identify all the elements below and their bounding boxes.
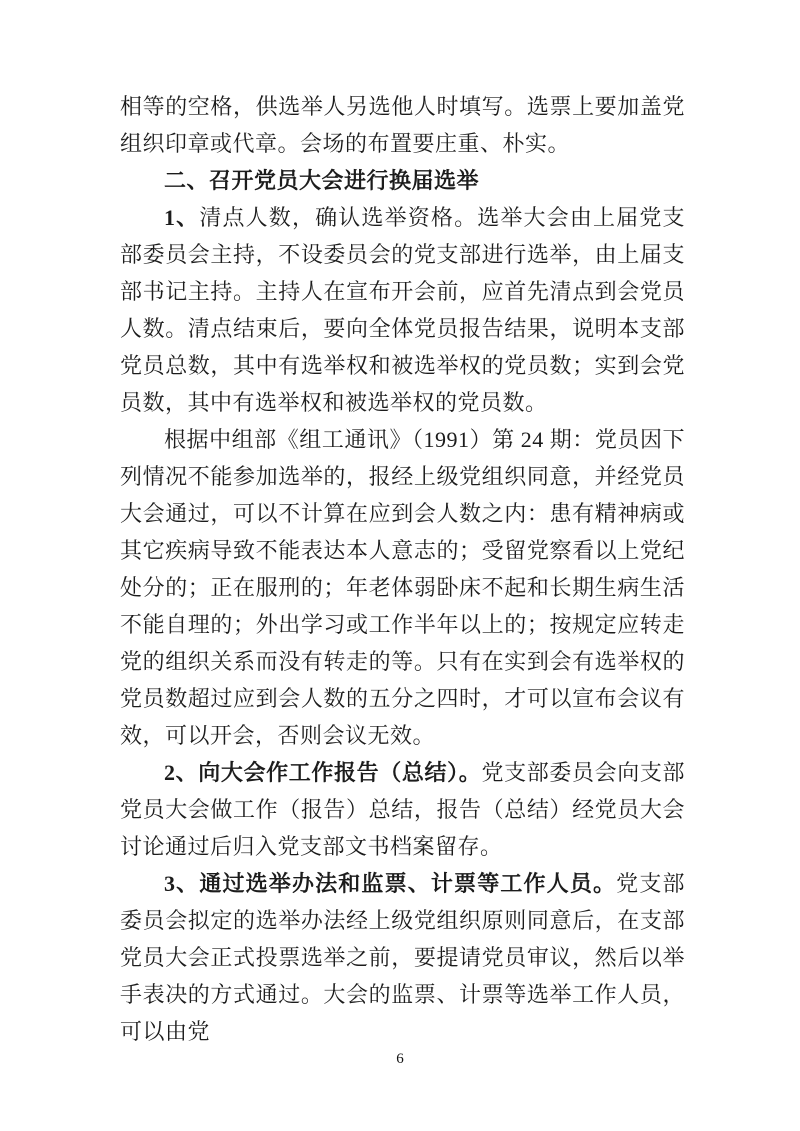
paragraph: 3、通过选举办法和监票、计票等工作人员。党支部委员会拟定的选举办法经上级党组织原… (120, 865, 685, 1050)
paragraph: 根据中组部《组工通讯》（1991）第 24 期：党员因下列情况不能参加选举的，报… (120, 421, 685, 754)
paragraph: 2、向大会作工作报告（总结）。党支部委员会向支部党员大会做工作（报告）总结，报告… (120, 754, 685, 865)
document-body: 相等的空格，供选举人另选他人时填写。选票上要加盖党组织印章或代章。会场的布置要庄… (120, 88, 685, 1050)
bold-text-segment: 1、 (164, 205, 199, 230)
body-text-segment: 党支部委员会拟定的选举办法经上级党组织原则同意后，在支部党员大会正式投票选举之前… (120, 871, 685, 1044)
page-footer: 6 (0, 1048, 800, 1070)
bold-text-segment: 3、通过选举办法和监票、计票等工作人员。 (164, 871, 616, 896)
paragraph: 相等的空格，供选举人另选他人时填写。选票上要加盖党组织印章或代章。会场的布置要庄… (120, 88, 685, 162)
section-heading: 二、召开党员大会进行换届选举 (120, 162, 685, 199)
body-text-segment: 清点人数，确认选举资格。选举大会由上届党支部委员会主持，不设委员会的党支部进行选… (120, 205, 685, 415)
bold-text-segment: 2、向大会作工作报告（总结）。 (164, 760, 481, 785)
page-number: 6 (396, 1051, 404, 1067)
bold-text-segment: 二、召开党员大会进行换届选举 (164, 168, 479, 193)
body-text-segment: 根据中组部《组工通讯》（1991）第 24 期：党员因下列情况不能参加选举的，报… (120, 427, 685, 748)
paragraph: 1、清点人数，确认选举资格。选举大会由上届党支部委员会主持，不设委员会的党支部进… (120, 199, 685, 421)
document-page: 相等的空格，供选举人另选他人时填写。选票上要加盖党组织印章或代章。会场的布置要庄… (0, 0, 800, 1131)
body-text-segment: 相等的空格，供选举人另选他人时填写。选票上要加盖党组织印章或代章。会场的布置要庄… (120, 94, 685, 156)
